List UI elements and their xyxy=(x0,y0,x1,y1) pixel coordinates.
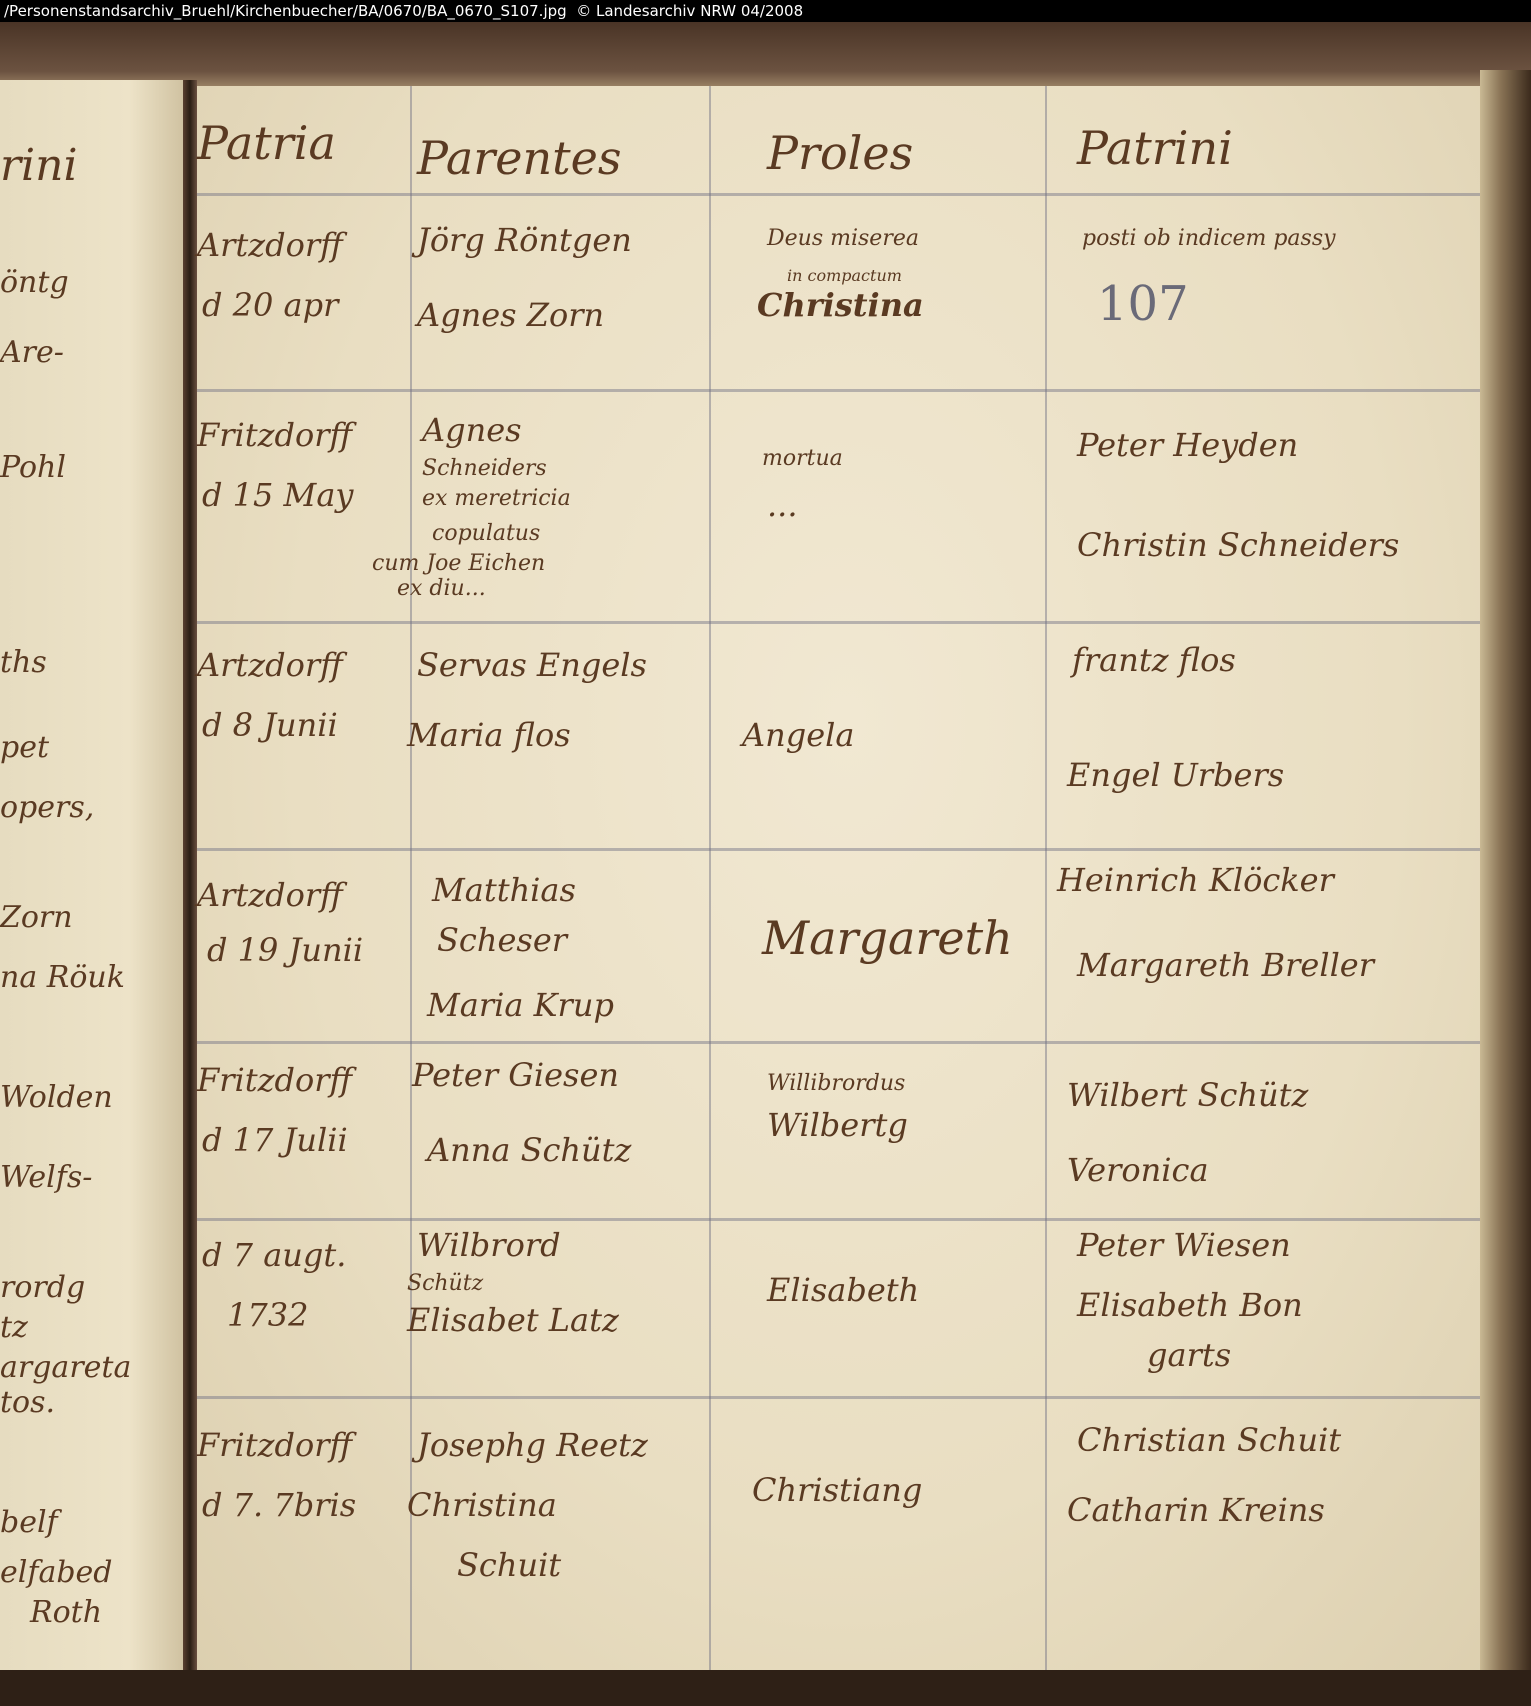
column-header-patria: Patria xyxy=(197,116,336,170)
entry-patria: Fritzdorff xyxy=(197,416,352,454)
entry-godparent: Margareth Breller xyxy=(1077,946,1374,984)
page-number: 107 xyxy=(1097,276,1189,332)
book-bottom xyxy=(0,1670,1531,1706)
entry-godparent: Wilbert Schütz xyxy=(1067,1076,1308,1114)
register-page: Patria Parentes Proles Patrini Artzdorff… xyxy=(197,86,1497,1676)
entry-date: d 15 May xyxy=(202,476,353,514)
left-fragment: öntg xyxy=(0,265,69,300)
entry-year: 1732 xyxy=(227,1296,308,1334)
entry-parent: Scheser xyxy=(437,921,567,959)
entry-parent: Servas Engels xyxy=(417,646,647,684)
left-fragment: Pohl xyxy=(0,450,66,485)
entry-child: ... xyxy=(767,486,798,524)
entry-parent: Wilbrord xyxy=(417,1226,561,1264)
row-rule xyxy=(197,1396,1497,1399)
left-page: rini öntg Are- Pohl ths pet opers, Zorn … xyxy=(0,80,185,1670)
entry-parent: Agnes xyxy=(422,411,522,449)
entry-parent: Elisabet Latz xyxy=(407,1301,619,1339)
row-rule xyxy=(197,848,1497,851)
book-gutter xyxy=(183,80,197,1680)
entry-child: Angela xyxy=(742,716,854,754)
entry-patria: Fritzdorff xyxy=(197,1061,352,1099)
left-fragment: Are- xyxy=(0,335,64,370)
left-fragment: Welfs- xyxy=(0,1160,92,1195)
entry-godparent: Peter Heyden xyxy=(1077,426,1298,464)
left-fragment: Zorn xyxy=(0,900,73,935)
entry-child: Wilbertg xyxy=(767,1106,908,1144)
entry-godparent: posti ob indicem passy xyxy=(1082,226,1336,251)
entry-godparent: frantz flos xyxy=(1072,641,1236,679)
entry-note: in compactum xyxy=(787,266,902,285)
entry-patria: Fritzdorff xyxy=(197,1426,352,1464)
entry-note: ex meretricia xyxy=(422,486,571,511)
entry-note: Deus miserea xyxy=(767,226,919,251)
left-fragment: tz xyxy=(0,1310,28,1345)
entry-parent: Schneiders xyxy=(422,456,547,481)
column-header-patrini: Patrini xyxy=(1077,121,1233,175)
entry-godparent: garts xyxy=(1147,1336,1231,1374)
archive-path-bar: /Personenstandsarchiv_Bruehl/Kirchenbuec… xyxy=(0,0,1531,22)
entry-child: Christiang xyxy=(752,1471,922,1509)
entry-parent: Christina xyxy=(407,1486,557,1524)
left-fragment: na Röuk xyxy=(0,960,125,995)
entry-patria: Artzdorff xyxy=(197,876,343,914)
entry-date: d 20 apr xyxy=(202,286,338,324)
entry-godparent: Veronica xyxy=(1067,1151,1209,1189)
entry-patria: Artzdorff xyxy=(197,646,343,684)
entry-date: d 7 augt. xyxy=(202,1236,346,1274)
entry-child: Christina xyxy=(757,286,924,324)
entry-note: cum Joe Eichen xyxy=(372,551,545,576)
left-fragment: opers, xyxy=(0,790,94,825)
entry-note: ex diu... xyxy=(397,576,486,601)
entry-date: d 17 Julii xyxy=(202,1121,348,1159)
entry-godparent: Christin Schneiders xyxy=(1077,526,1399,564)
left-fragment: rordg xyxy=(0,1270,85,1305)
column-rule xyxy=(1045,86,1047,1676)
entry-parent: Maria flos xyxy=(407,716,571,754)
left-fragment: elfabed xyxy=(0,1555,113,1590)
row-rule xyxy=(197,621,1497,624)
page-stack-edge xyxy=(1480,70,1531,1690)
row-rule xyxy=(197,1218,1497,1221)
entry-note: copulatus xyxy=(432,521,540,546)
entry-patria: Artzdorff xyxy=(197,226,343,264)
entry-godparent: Heinrich Klöcker xyxy=(1057,861,1334,899)
entry-child: Margareth xyxy=(762,911,1013,965)
left-fragment: belf xyxy=(0,1505,58,1540)
entry-note: mortua xyxy=(762,446,843,471)
entry-parent: Schütz xyxy=(407,1271,483,1296)
column-header-proles: Proles xyxy=(767,126,913,180)
entry-parent: Matthias xyxy=(432,871,576,909)
row-rule xyxy=(197,193,1497,196)
entry-parent: Anna Schütz xyxy=(427,1131,631,1169)
entry-godparent: Elisabeth Bon xyxy=(1077,1286,1303,1324)
entry-parent: Agnes Zorn xyxy=(417,296,604,334)
left-fragment: Wolden xyxy=(0,1080,113,1115)
entry-parent: Schuit xyxy=(457,1546,561,1584)
entry-child: Willibrordus xyxy=(767,1071,905,1096)
left-fragment: tos. xyxy=(0,1385,55,1420)
entry-parent: Maria Krup xyxy=(427,986,614,1024)
entry-godparent: Engel Urbers xyxy=(1067,756,1284,794)
entry-godparent: Catharin Kreins xyxy=(1067,1491,1325,1529)
entry-godparent: Christian Schuit xyxy=(1077,1421,1341,1459)
entry-parent: Jörg Röntgen xyxy=(417,221,632,259)
column-rule xyxy=(410,86,412,1676)
entry-date: d 8 Junii xyxy=(202,706,338,744)
entry-parent: Peter Giesen xyxy=(412,1056,619,1094)
file-path: /Personenstandsarchiv_Bruehl/Kirchenbuec… xyxy=(4,2,567,20)
left-fragment: argareta xyxy=(0,1350,131,1385)
copyright: © Landesarchiv NRW 04/2008 xyxy=(576,2,803,20)
book-edge xyxy=(0,22,1531,92)
left-fragment: ths xyxy=(0,645,47,680)
entry-date: d 7. 7bris xyxy=(202,1486,356,1524)
column-header-parentes: Parentes xyxy=(417,131,621,185)
left-fragment: pet xyxy=(0,730,49,765)
left-fragment: rini xyxy=(0,140,78,191)
column-rule xyxy=(709,86,711,1676)
entry-godparent: Peter Wiesen xyxy=(1077,1226,1291,1264)
left-fragment: Roth xyxy=(30,1595,102,1630)
entry-child: Elisabeth xyxy=(767,1271,919,1309)
entry-date: d 19 Junii xyxy=(207,931,363,969)
row-rule xyxy=(197,389,1497,392)
row-rule xyxy=(197,1041,1497,1044)
entry-parent: Josephg Reetz xyxy=(417,1426,648,1464)
